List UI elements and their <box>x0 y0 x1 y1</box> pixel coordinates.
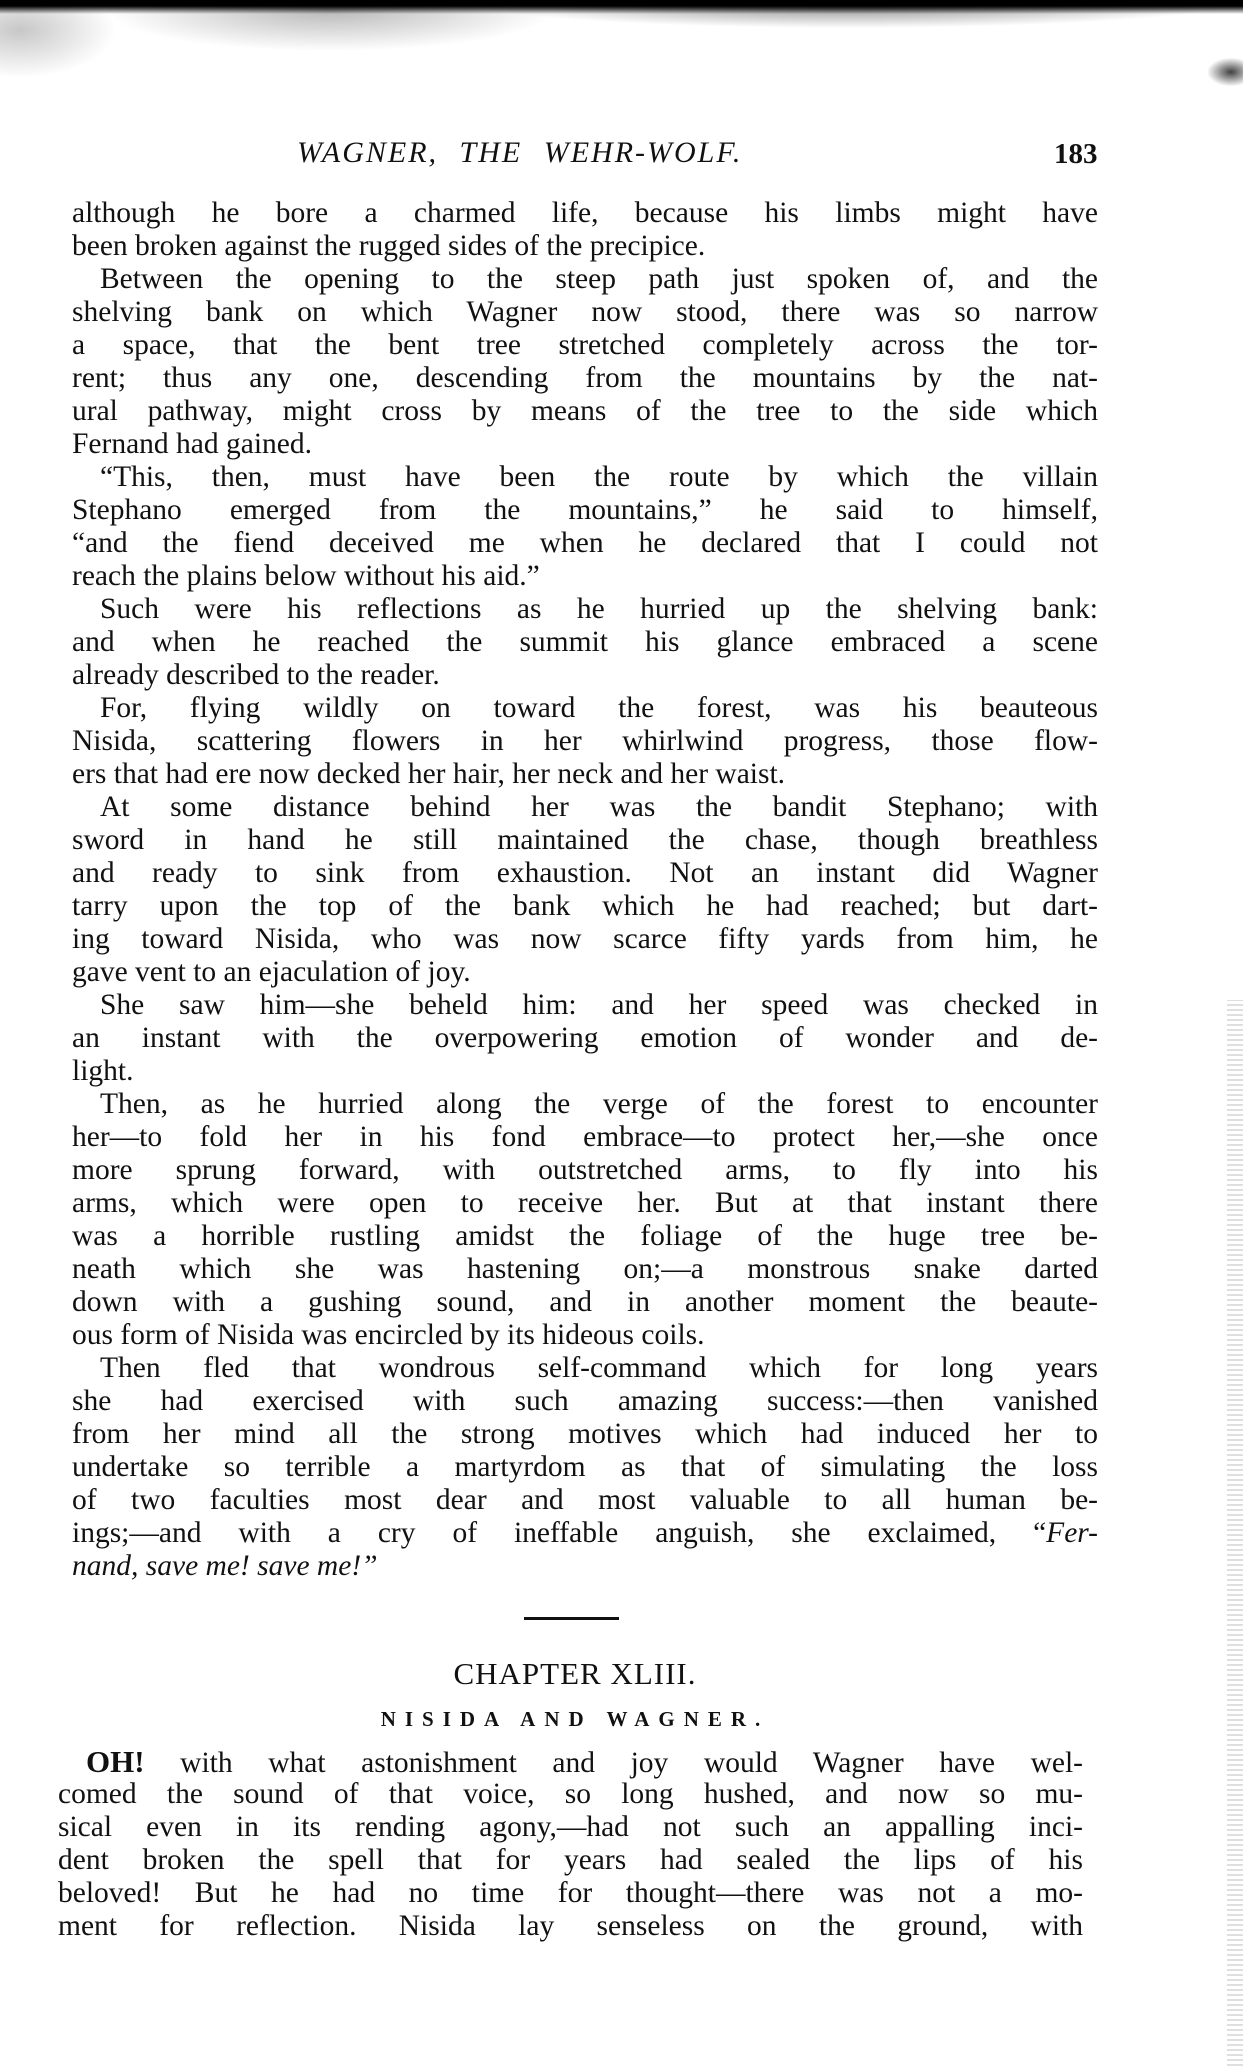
text-line: was a horrible rustling amidst the folia… <box>72 1220 1098 1253</box>
text-line: an instant with the overpowering emotion… <box>72 1022 1098 1055</box>
paragraph: Then fled that wondrous self-command whi… <box>72 1352 1098 1583</box>
page-number: 183 <box>1054 138 1098 171</box>
scan-blot <box>1191 55 1243 90</box>
text-line: gave vent to an ejaculation of joy. <box>72 956 1098 989</box>
text-line: ers that had ere now decked her hair, he… <box>72 758 1098 791</box>
text-line: rent; thus any one, descending from the … <box>72 362 1098 395</box>
running-title: WAGNER, THE WEHR-WOLF. <box>297 136 742 170</box>
section-divider <box>524 1617 619 1620</box>
text-line-opening: OH! with what astonishment and joy would… <box>58 1745 1083 1778</box>
scan-right-edge <box>1227 1000 1243 2066</box>
text-line: light. <box>72 1055 1098 1088</box>
text-line: At some distance behind her was the band… <box>72 791 1098 824</box>
text-line: of two faculties most dear and most valu… <box>72 1484 1098 1517</box>
paragraph: She saw him—she beheld him: and her spee… <box>72 989 1098 1088</box>
paragraph: “This, then, must have been the route by… <box>72 461 1098 593</box>
text-line: “and the fiend deceived me when he decla… <box>72 527 1098 560</box>
opening-cap: OH! <box>86 1744 145 1779</box>
text-line: and ready to sink from exhaustion. Not a… <box>72 857 1098 890</box>
text-line: her—to fold her in his fond embrace—to p… <box>72 1121 1098 1154</box>
paragraph: For, flying wildly on toward the forest,… <box>72 692 1098 791</box>
text-line: ing toward Nisida, who was now scarce fi… <box>72 923 1098 956</box>
text-line: beloved! But he had no time for thought—… <box>58 1877 1083 1910</box>
text-line: she had exercised with such amazing succ… <box>72 1385 1098 1418</box>
text-line: from her mind all the strong motives whi… <box>72 1418 1098 1451</box>
text-line: reach the plains below without his aid.” <box>72 560 1098 593</box>
text-line: Fernand had gained. <box>72 428 1098 461</box>
text-line: more sprung forward, with outstretched a… <box>72 1154 1098 1187</box>
text-segment: ings;—and with a cry of ineffable anguis… <box>72 1517 1046 1549</box>
text-line: sword in hand he still maintained the ch… <box>72 824 1098 857</box>
italic-line: nand, save me! save me!” <box>72 1550 1098 1583</box>
text-line: Between the opening to the steep path ju… <box>72 263 1098 296</box>
paragraph: Then, as he hurried along the verge of t… <box>72 1088 1098 1352</box>
text-line: For, flying wildly on toward the forest,… <box>72 692 1098 725</box>
chapter-title: CHAPTER XLIII. <box>0 1656 1150 1692</box>
text-line: down with a gushing sound, and in anothe… <box>72 1286 1098 1319</box>
italic-segment: Fer- <box>1046 1517 1098 1549</box>
text-line: and when he reached the summit his glanc… <box>72 626 1098 659</box>
text-line: Such were his reflections as he hurried … <box>72 593 1098 626</box>
paragraph: Such were his reflections as he hurried … <box>72 593 1098 692</box>
text-line: sical even in its rending agony,—had not… <box>58 1811 1083 1844</box>
running-header: WAGNER, THE WEHR-WOLF. 183 <box>0 136 1243 176</box>
text-line: a space, that the bent tree stretched co… <box>72 329 1098 362</box>
paragraph: although he bore a charmed life, because… <box>72 197 1098 263</box>
text-segment: with what astonishment and joy would Wag… <box>145 1747 1083 1779</box>
body-text: although he bore a charmed life, because… <box>72 197 1098 1583</box>
text-line: undertake so terrible a martyrdom as tha… <box>72 1451 1098 1484</box>
text-line: already described to the reader. <box>72 659 1098 692</box>
text-line: She saw him—she beheld him: and her spee… <box>72 989 1098 1022</box>
text-line: Then, as he hurried along the verge of t… <box>72 1088 1098 1121</box>
text-line: comed the sound of that voice, so long h… <box>58 1778 1083 1811</box>
text-line: shelving bank on which Wagner now stood,… <box>72 296 1098 329</box>
text-line: ment for reflection. Nisida lay senseles… <box>58 1910 1083 1943</box>
text-line: although he bore a charmed life, because… <box>72 197 1098 230</box>
text-line: been broken against the rugged sides of … <box>72 230 1098 263</box>
text-line: arms, which were open to receive her. Bu… <box>72 1187 1098 1220</box>
paragraph: At some distance behind her was the band… <box>72 791 1098 989</box>
text-line: ural pathway, might cross by means of th… <box>72 395 1098 428</box>
chapter-subtitle: NISIDA AND WAGNER. <box>0 1707 1150 1732</box>
text-line: Stephano emerged from the mountains,” he… <box>72 494 1098 527</box>
text-line: tarry upon the top of the bank which he … <box>72 890 1098 923</box>
text-line: “This, then, must have been the route by… <box>72 461 1098 494</box>
text-line: Nisida, scattering flowers in her whirlw… <box>72 725 1098 758</box>
text-line: Then fled that wondrous self-command whi… <box>72 1352 1098 1385</box>
text-line: dent broken the spell that for years had… <box>58 1844 1083 1877</box>
text-line: neath which she was hastening on;—a mons… <box>72 1253 1098 1286</box>
chapter-body: OH! with what astonishment and joy would… <box>58 1745 1083 1943</box>
scan-edge-noise <box>0 0 1243 110</box>
text-line-with-italic: ings;—and with a cry of ineffable anguis… <box>72 1517 1098 1550</box>
text-line: ous form of Nisida was encircled by its … <box>72 1319 1098 1352</box>
paragraph: Between the opening to the steep path ju… <box>72 263 1098 461</box>
